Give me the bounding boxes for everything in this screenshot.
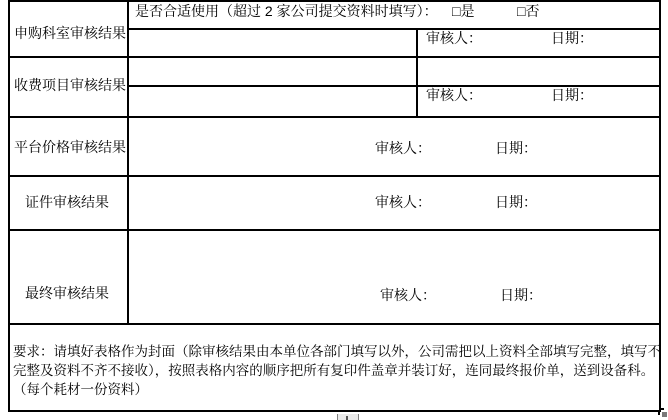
row-label-final: 最终审核结果 [25, 285, 109, 301]
date-label-certificate: 日期： [495, 194, 537, 210]
row-label-charge-item: 收费项目审核结果 [14, 77, 126, 93]
row-label-purchase-dept: 申购科室审核结果 [14, 25, 126, 41]
row-label-platform-price: 平台价格审核结果 [14, 139, 126, 155]
row-line-charge-bottom [8, 116, 661, 118]
row-label-certificate: 证件审核结果 [25, 194, 109, 210]
date-label-charge: 日期： [551, 87, 593, 103]
requirement-line-3: （每个耗材一份资料） [13, 382, 148, 398]
row-line-platform-bottom [8, 175, 661, 177]
column-divider-reviewer [416, 28, 418, 118]
row-line-final-bottom [8, 323, 661, 325]
next-page-cell-tick [346, 416, 348, 420]
checkbox-no[interactable]: □否 [517, 3, 539, 19]
checkbox-yes[interactable]: □是 [452, 3, 474, 19]
date-label-final: 日期： [500, 287, 542, 303]
requirement-line-1: 要求：请填好表格作为封面（除审核结果由本单位各部门填写以外，公司需把以上资料全部… [13, 344, 661, 360]
fit-question-label: 是否合适使用（超过 2 家公司提交资料时填写）： [135, 3, 438, 19]
date-label-platform: 日期： [495, 140, 537, 156]
date-label-purchase: 日期： [551, 30, 593, 46]
border-corner-overhang-v [658, 412, 660, 415]
row-line-purchase-bottom [8, 56, 661, 58]
next-page-cell-fragment [337, 414, 359, 420]
reviewer-label-purchase: 审核人： [426, 30, 482, 46]
reviewer-label-charge: 审核人： [426, 87, 482, 103]
reviewer-label-certificate: 审核人： [375, 194, 431, 210]
table-resize-handle-icon[interactable] [662, 412, 667, 417]
column-divider-labels [127, 0, 129, 325]
requirement-line-2: 完整及资料不齐不接收），按照表格内容的顺序把所有复印件盖章并装订好，连同最终报价… [13, 363, 654, 379]
reviewer-label-final: 审核人： [380, 287, 436, 303]
reviewer-label-platform: 审核人： [375, 140, 431, 156]
row-line-certificate-bottom [8, 229, 661, 231]
border-corner-overhang-h [661, 408, 664, 410]
